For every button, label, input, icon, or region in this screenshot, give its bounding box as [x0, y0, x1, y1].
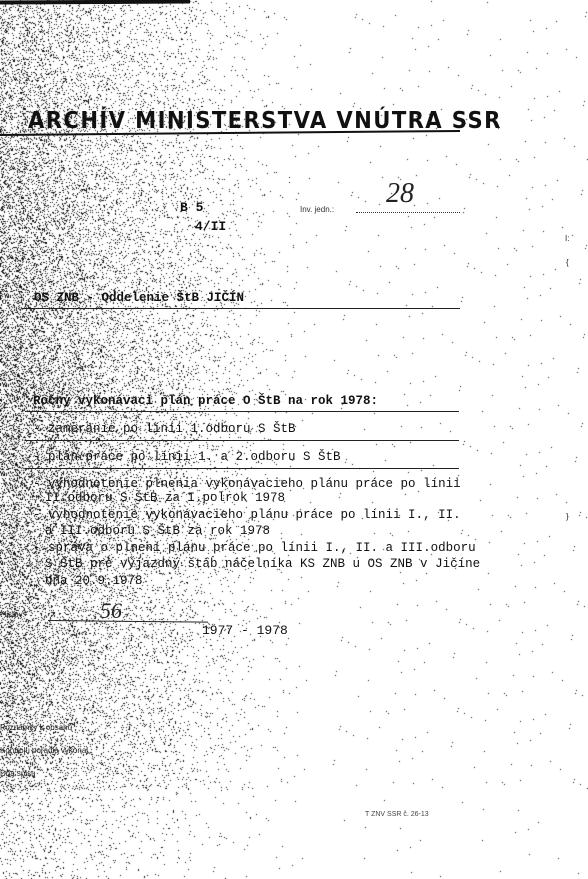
content-item: - plán práce po línii 1. a 2.odboru S Št…	[33, 450, 341, 464]
detail-line: a III.odboru S ŠtB za rok 1978	[45, 524, 270, 538]
form-footer: T ZNV SSR č. 26-13	[365, 811, 429, 818]
detail-line: dňa 20.9.1978	[45, 574, 143, 588]
signature-line-1: B 5	[180, 200, 203, 215]
content-rule-2	[25, 440, 459, 441]
margin-mark: }	[566, 512, 569, 521]
detail-line: - vyhodnotenie plnenia vykonávacieho plá…	[33, 477, 461, 491]
inventory-label: Inv. jedn.:	[300, 205, 334, 214]
margin-mark: I:	[565, 234, 569, 243]
detail-line: II.odboru S ŠtB za I.polrok 1978	[45, 491, 285, 505]
inventory-number: 28	[386, 178, 414, 210]
note-label: Kontrolu poradia vykonal	[0, 746, 88, 755]
content-rule-3	[25, 468, 459, 469]
sheets-rule	[48, 620, 208, 623]
document-page: ARCHÍV MINISTERSTVA VNÚTRA SSR B 5 4/II …	[0, 0, 588, 879]
fund-label: o:	[2, 297, 9, 306]
signature-line-2: 4/II	[195, 219, 226, 234]
date-range: 1977 - 1978	[202, 623, 288, 638]
note-label: Poznámky k obsahu	[0, 723, 72, 732]
content-heading-text: Ročný vykonávací plán práce O ŠtB na rok…	[33, 394, 378, 408]
content-rule-1	[25, 411, 459, 412]
content-heading: Ročný vykonávací plán práce O ŠtB na rok…	[33, 394, 378, 408]
content-item: - zameranie po línii 1.odboru S ŠtB	[33, 422, 296, 436]
margin-mark: {	[566, 258, 569, 267]
fund-value: OS ZNB - Oddelenie ŠtB JIČÍN	[34, 291, 244, 305]
note-label: Dňa spisu	[0, 769, 36, 778]
scan-top-edge	[0, 0, 190, 4]
fund-rule	[22, 308, 460, 309]
detail-line: S ŠtB pre výjazdný štáb náčelníka KS ZNB…	[45, 557, 480, 571]
detail-line: - vyhodnotenie vykonávacieho plánu práce…	[33, 508, 461, 522]
content-label: 1.	[2, 401, 9, 410]
detail-line: - správa o plnení plánu práce po línii I…	[33, 541, 476, 555]
sheets-label: t listov:	[0, 610, 25, 619]
inventory-line	[356, 212, 460, 213]
